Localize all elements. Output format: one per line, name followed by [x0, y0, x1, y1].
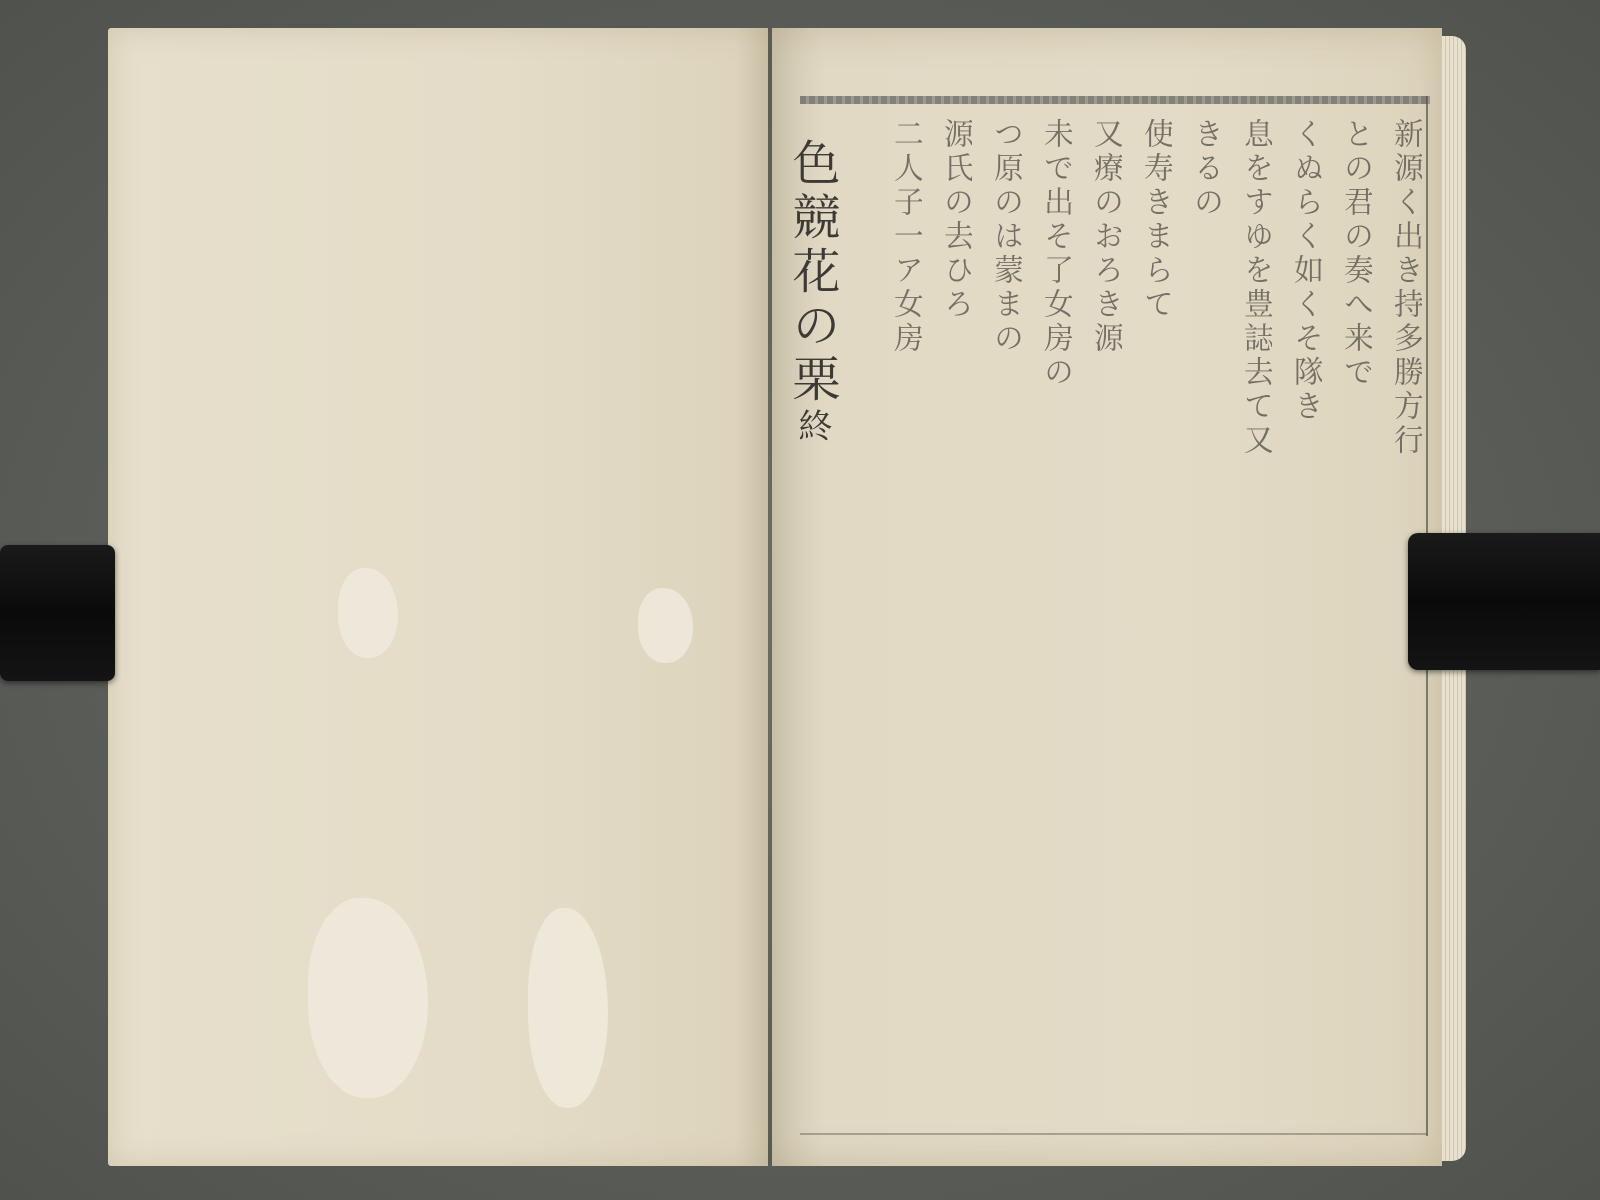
left-book-clip	[0, 545, 115, 681]
paper-stain	[528, 908, 608, 1108]
text-column: くぬらく如くそ隊き	[1288, 118, 1322, 1128]
paper-stain	[308, 898, 428, 1098]
end-title: 色競花の栗終	[778, 138, 847, 448]
open-book: 新源く出き持多勝方行 との君の奏へ来で くぬらく如くそ隊き 息をすゆを豊誌去て又…	[108, 28, 1480, 1166]
top-border-rule	[800, 96, 1430, 104]
bottom-border-rule	[800, 1133, 1428, 1135]
right-book-clip	[1408, 533, 1600, 670]
text-column: 使寿きまらて	[1138, 118, 1172, 1128]
text-column: きるの	[1188, 118, 1222, 1128]
text-columns: 新源く出き持多勝方行 との君の奏へ来で くぬらく如くそ隊き 息をすゆを豊誌去て又…	[812, 118, 1422, 1128]
text-column: との君の奏へ来で	[1338, 118, 1372, 1128]
end-mark: 終	[792, 408, 832, 448]
left-page-blank	[108, 28, 768, 1166]
text-column: 二人子一ア女房	[888, 118, 922, 1128]
text-column: つ原のは蒙まの	[988, 118, 1022, 1128]
text-column: 息をすゆを豊誌去て又	[1238, 118, 1272, 1128]
text-column: 源氏の去ひろ	[938, 118, 972, 1128]
text-column: 未で出そ了女房の	[1038, 118, 1072, 1128]
end-title-text: 色競花の栗	[784, 138, 840, 408]
paper-stain	[338, 568, 398, 658]
paper-stain	[638, 588, 693, 663]
right-page-text: 新源く出き持多勝方行 との君の奏へ来で くぬらく如くそ隊き 息をすゆを豊誌去て又…	[772, 28, 1442, 1166]
text-column: 又療のおろき源	[1088, 118, 1122, 1128]
